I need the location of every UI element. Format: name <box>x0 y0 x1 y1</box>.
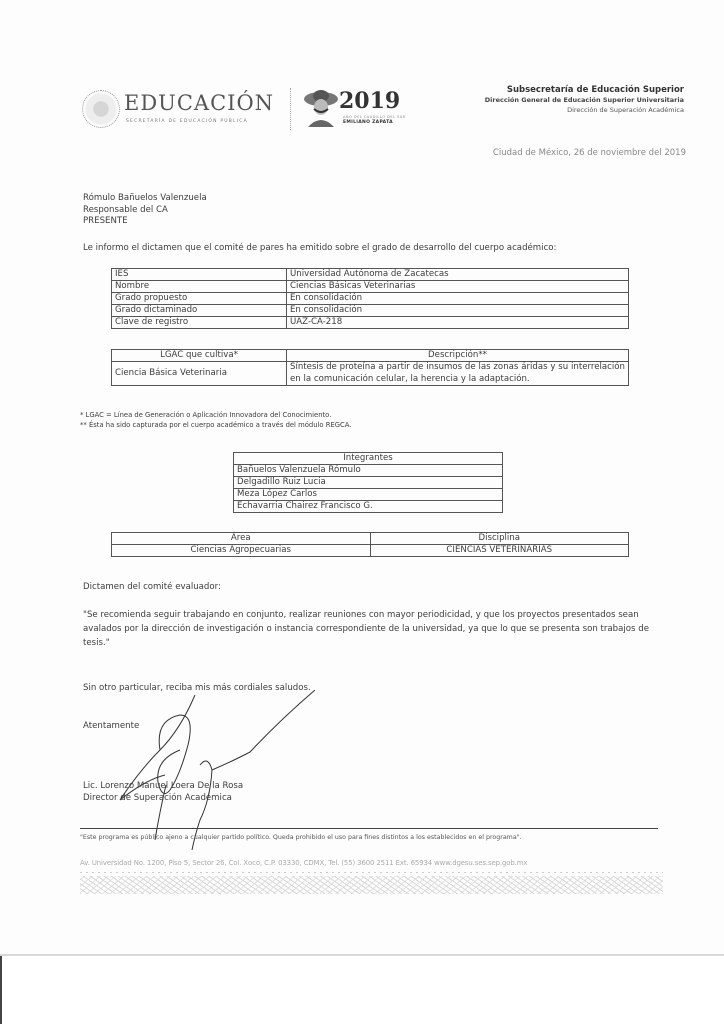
recipient-name: Rómulo Bañuelos Valenzuela <box>83 193 207 205</box>
scanner-edge <box>0 956 2 1024</box>
recipient-block: Rómulo Bañuelos Valenzuela Responsable d… <box>83 193 207 228</box>
institution-line-2: Dirección General de Educación Superior … <box>485 95 684 105</box>
year-logo-name: EMILIANO ZAPATA <box>343 120 393 125</box>
area-header: Área <box>112 533 371 545</box>
footnote-lgac: * LGAC = Línea de Generación o Aplicació… <box>80 410 351 420</box>
lgac-cell: Ciencia Básica Veterinaria <box>112 362 287 386</box>
info-label: IES <box>112 269 287 281</box>
member-name: Bañuelos Valenzuela Rómulo <box>234 465 503 477</box>
info-label: Clave de registro <box>112 317 287 329</box>
discipline-cell: CIENCIAS VETERINARIAS <box>370 545 629 557</box>
recipient-salutation: PRESENTE <box>83 216 207 228</box>
signer-title: Director de Superación Académica <box>83 792 243 804</box>
table-row: Echavarria Chairez Francisco G. <box>234 501 503 513</box>
academic-body-info-table: IESUniversidad Autónoma de ZacatecasNomb… <box>111 268 629 329</box>
info-value: En consolidación <box>287 305 629 317</box>
closing-text: Sin otro particular, reciba mis más cord… <box>83 683 311 693</box>
sep-logo-subtitle: SECRETARÍA DE EDUCACIÓN PÚBLICA <box>126 119 248 124</box>
area-discipline-table: Área Disciplina Ciencias Agropecuarias C… <box>111 532 629 557</box>
signer-block: Lic. Lorenzo Manuel Loera De la Rosa Dir… <box>83 780 243 804</box>
year-logo: 2019 <box>339 88 400 114</box>
sep-logo-text: EDUCACIÓN <box>124 91 274 115</box>
table-row: Ciencias Agropecuarias CIENCIAS VETERINA… <box>112 545 629 557</box>
info-value: Universidad Autónoma de Zacatecas <box>287 269 629 281</box>
signer-name: Lic. Lorenzo Manuel Loera De la Rosa <box>83 780 243 792</box>
place-date: Ciudad de México, 26 de noviembre del 20… <box>493 148 686 158</box>
table-row: Grado propuestoEn consolidación <box>112 293 629 305</box>
info-label: Grado dictaminado <box>112 305 287 317</box>
info-label: Grado propuesto <box>112 293 287 305</box>
header-divider <box>290 88 291 130</box>
scanner-background <box>0 956 724 1024</box>
description-cell: Síntesis de proteína a partir de insumos… <box>287 362 629 386</box>
recipient-role: Responsable del CA <box>83 205 207 217</box>
table-row: Ciencia Básica Veterinaria Síntesis de p… <box>112 362 629 386</box>
members-header: Integrantes <box>234 453 503 465</box>
year-logo-caption: AÑO DEL CAUDILLO DEL SUR <box>343 115 406 119</box>
institution-line-1: Subsecretaría de Educación Superior <box>485 85 684 95</box>
description-header: Descripción** <box>287 350 629 362</box>
discipline-header: Disciplina <box>370 533 629 545</box>
members-table: Integrantes Bañuelos Valenzuela RómuloDe… <box>233 452 503 513</box>
info-value: UAZ-CA-218 <box>287 317 629 329</box>
member-name: Echavarria Chairez Francisco G. <box>234 501 503 513</box>
info-value: En consolidación <box>287 293 629 305</box>
footnotes: * LGAC = Línea de Generación o Aplicació… <box>80 410 351 430</box>
footer-rule <box>80 828 658 829</box>
table-row: Bañuelos Valenzuela Rómulo <box>234 465 503 477</box>
sign-off: Atentamente <box>83 721 139 731</box>
national-seal-icon <box>82 90 120 128</box>
footnote-regca: ** Ésta ha sido capturada por el cuerpo … <box>80 420 351 430</box>
institution-line-3: Dirección de Superación Académica <box>485 105 684 115</box>
verdict-heading: Dictamen del comité evaluador: <box>83 582 221 592</box>
zapata-portrait-icon <box>303 89 339 127</box>
intro-text: Le informo el dictamen que el comité de … <box>83 243 556 253</box>
table-row: NombreCiencias Básicas Veterinarias <box>112 281 629 293</box>
table-row: Delgadillo Ruiz Lucia <box>234 477 503 489</box>
lgac-header: LGAC que cultiva* <box>112 350 287 362</box>
footer-address: Av. Universidad No. 1200, Piso 5, Sector… <box>80 859 527 867</box>
table-row: IESUniversidad Autónoma de Zacatecas <box>112 269 629 281</box>
footer-disclaimer: "Este programa es público ajeno a cualqu… <box>80 834 522 841</box>
verdict-text: "Se recomienda seguir trabajando en conj… <box>83 608 663 650</box>
member-name: Delgadillo Ruiz Lucia <box>234 477 503 489</box>
footer-pattern <box>80 876 663 894</box>
table-row: Meza López Carlos <box>234 489 503 501</box>
area-cell: Ciencias Agropecuarias <box>112 545 371 557</box>
member-name: Meza López Carlos <box>234 489 503 501</box>
lgac-table: LGAC que cultiva* Descripción** Ciencia … <box>111 349 629 386</box>
institution-block: Subsecretaría de Educación Superior Dire… <box>485 85 684 115</box>
table-row: Clave de registroUAZ-CA-218 <box>112 317 629 329</box>
footer-dotted-line <box>80 872 663 873</box>
info-value: Ciencias Básicas Veterinarias <box>287 281 629 293</box>
table-row: Grado dictaminadoEn consolidación <box>112 305 629 317</box>
info-label: Nombre <box>112 281 287 293</box>
